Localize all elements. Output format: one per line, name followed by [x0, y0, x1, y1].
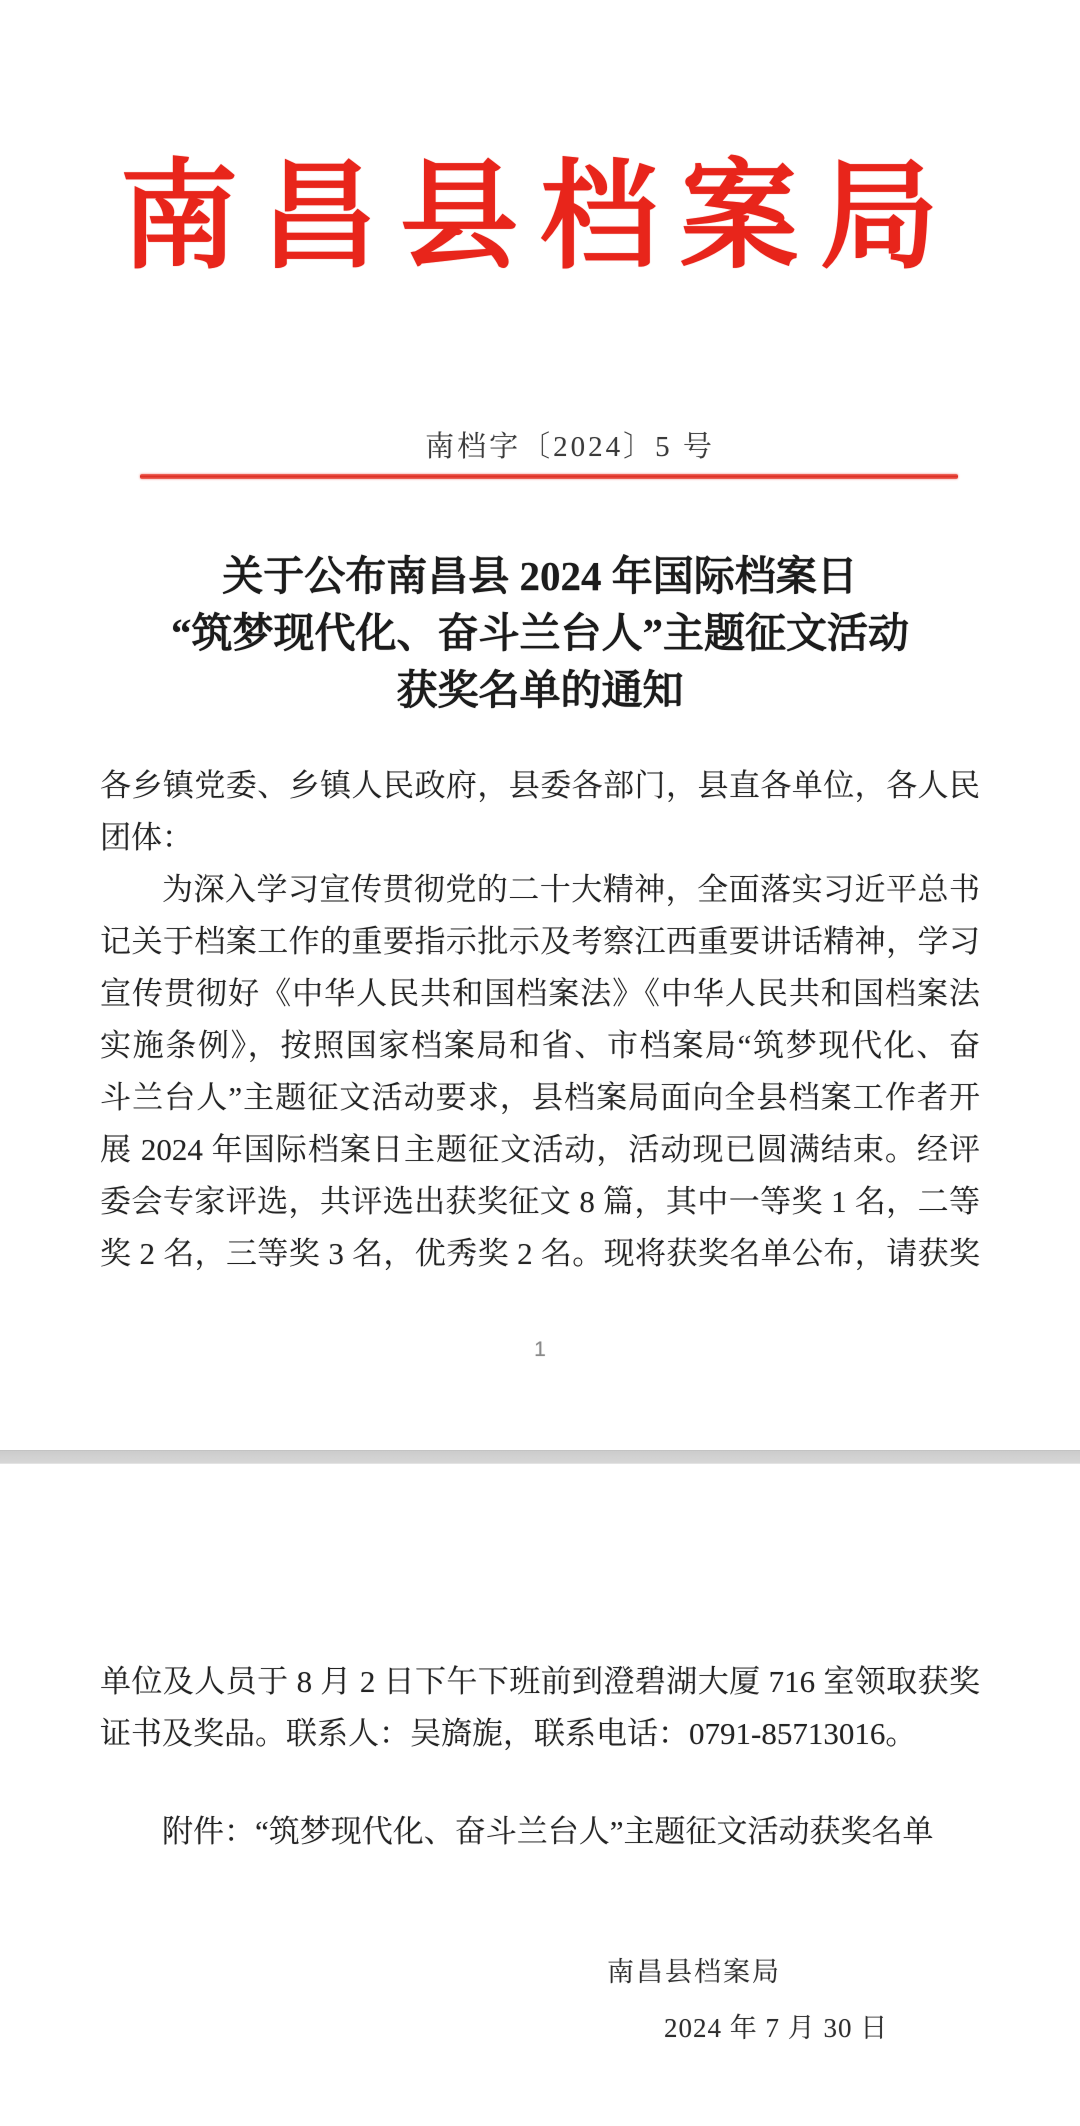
document-number: 南档字〔2024〕5 号 [60, 424, 1080, 465]
salutation-line: 各乡镇党委、乡镇人民政府，县委各部门，县直各单位，各人民 [100, 760, 980, 812]
attachment-line: 附件：“筑梦现代化、奋斗兰台人”主题征文活动获奖名单 [100, 1806, 980, 1858]
page-break-divider [0, 1450, 1080, 1464]
agency-red-header: 南昌县档案局 [0, 148, 1080, 287]
body-line: 斗兰台人”主题征文活动要求，县档案局面向全县档案工作者开 [100, 1072, 980, 1124]
issuing-agency-signature: 南昌县档案局 [607, 1950, 781, 1989]
body-text-page-1: 各乡镇党委、乡镇人民政府，县委各部门，县直各单位，各人民 团体： 为深入学习宣传… [100, 760, 980, 1280]
body-line: 记关于档案工作的重要指示批示及考察江西重要讲话精神，学习 [100, 916, 980, 968]
notice-title-line-1: 关于公布南昌县 2024 年国际档案日 [0, 548, 1080, 605]
notice-title-line-2: “筑梦现代化、奋斗兰台人”主题征文活动 [0, 605, 1080, 662]
issue-date: 2024 年 7 月 30 日 [664, 2006, 888, 2045]
red-separator-line [140, 474, 958, 479]
body-line: 委会专家评选，共评选出获奖征文 8 篇，其中一等奖 1 名，二等 [100, 1176, 980, 1228]
body-line: 展 2024 年国际档案日主题征文活动，活动现已圆满结束。经评 [100, 1124, 980, 1176]
body-line: 单位及人员于 8 月 2 日下午下班前到澄碧湖大厦 716 室领取获奖 [100, 1656, 980, 1708]
body-line: 实施条例》，按照国家档案局和省、市档案局“筑梦现代化、奋 [100, 1020, 980, 1072]
scanned-document: 南昌县档案局 南档字〔2024〕5 号 关于公布南昌县 2024 年国际档案日 … [0, 0, 1080, 2126]
salutation-line: 团体： [100, 812, 980, 864]
page-number-mark: 1 [0, 1338, 1080, 1362]
body-line: 为深入学习宣传贯彻党的二十大精神，全面落实习近平总书 [100, 864, 980, 916]
notice-title: 关于公布南昌县 2024 年国际档案日 “筑梦现代化、奋斗兰台人”主题征文活动 … [0, 548, 1080, 719]
body-line: 奖 2 名，三等奖 3 名，优秀奖 2 名。现将获奖名单公布，请获奖 [100, 1228, 980, 1280]
body-line: 证书及奖品。联系人：吴旖旎，联系电话：0791-85713016。 [100, 1708, 980, 1760]
notice-title-line-3: 获奖名单的通知 [0, 662, 1080, 719]
body-line: 宣传贯彻好《中华人民共和国档案法》《中华人民共和国档案法 [100, 968, 980, 1020]
body-text-page-2: 单位及人员于 8 月 2 日下午下班前到澄碧湖大厦 716 室领取获奖 证书及奖… [100, 1656, 980, 1760]
